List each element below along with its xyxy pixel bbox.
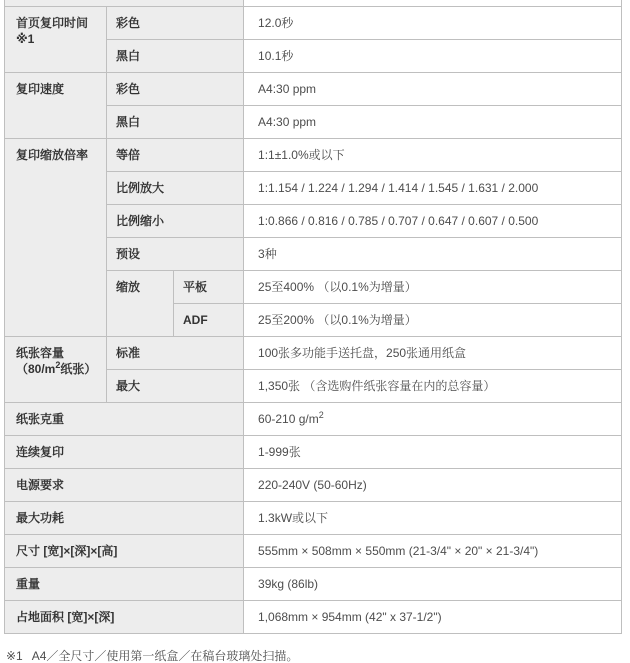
footnote-text: A4／全尺寸／使用第一纸盒／在稿台玻璃处扫描。 [32, 649, 299, 663]
group-label-paren-end: 纸张） [60, 362, 96, 376]
spec-value-cell: 100张多功能手送托盘，250张通用纸盒 [244, 336, 622, 369]
spec-value-cell: 10.1秒 [244, 39, 622, 72]
spec-label-cell: 占地面积 [宽]×[深] [5, 600, 244, 633]
spec-label-cell: 尺寸 [宽]×[深]×[高] [5, 534, 244, 567]
spec-label-cell: 黑白 [107, 105, 244, 138]
spec-label-cell: 彩色 [107, 72, 244, 105]
spec-label-cell: 最大功耗 [5, 501, 244, 534]
group-label-paren: （80/m [16, 362, 55, 376]
footnote: ※1A4／全尺寸／使用第一纸盒／在稿台玻璃处扫描。 [6, 647, 630, 663]
spec-label-cell: 等倍 [107, 138, 244, 171]
spec-label-cell: 最大 [107, 369, 244, 402]
spec-value-cell: 1:0.866 / 0.816 / 0.785 / 0.707 / 0.647 … [244, 204, 622, 237]
spec-value-cell: 1:1.154 / 1.224 / 1.294 / 1.414 / 1.545 … [244, 171, 622, 204]
spec-sublabel-cell: 平板 [174, 270, 244, 303]
spec-label-cell: 缩放 [107, 270, 174, 336]
spec-value-cell: 60-210 g/m2 [244, 402, 622, 435]
spec-group-cell: 复印缩放倍率 [5, 138, 107, 336]
spec-label-cell: 重量 [5, 567, 244, 600]
table-row: 重量 39kg (86lb) [5, 567, 622, 600]
spec-page: 首页复印时间 ※1 彩色 12.0秒 黑白 10.1秒 复印速度 彩色 A4:3… [0, 0, 630, 663]
spec-value-cell: 1,068mm × 954mm (42" x 37-1/2") [244, 600, 622, 633]
table-row: 最大功耗 1.3kW或以下 [5, 501, 622, 534]
spec-value-cell: A4:30 ppm [244, 105, 622, 138]
spec-label-cell: 黑白 [107, 39, 244, 72]
table-row: 尺寸 [宽]×[深]×[高] 555mm × 508mm × 550mm (21… [5, 534, 622, 567]
spec-label-cell: 比例缩小 [107, 204, 244, 237]
spec-label-cell: 标准 [107, 336, 244, 369]
spec-value-cell: 1-999张 [244, 435, 622, 468]
table-row: 首页复印时间 ※1 彩色 12.0秒 [5, 6, 622, 39]
spec-value-cell: 25至200% （以0.1%为增量） [244, 303, 622, 336]
table-row: 纸张容量 （80/m2纸张） 标准 100张多功能手送托盘，250张通用纸盒 [5, 336, 622, 369]
spec-label-cell: 电源要求 [5, 468, 244, 501]
spec-value-cell: 12.0秒 [244, 6, 622, 39]
spec-value-cell: 25至400% （以0.1%为增量） [244, 270, 622, 303]
spec-value-cell: A4:30 ppm [244, 72, 622, 105]
group-note: ※1 [16, 32, 34, 46]
spec-value-cell: 1.3kW或以下 [244, 501, 622, 534]
spec-sublabel-cell: ADF [174, 303, 244, 336]
group-label: 纸张容量 [16, 346, 64, 360]
table-row: 纸张克重 60-210 g/m2 [5, 402, 622, 435]
spec-value-cell: 555mm × 508mm × 550mm (21-3/4" × 20" × 2… [244, 534, 622, 567]
spec-group-cell: 纸张容量 （80/m2纸张） [5, 336, 107, 402]
footnote-marker: ※1 [6, 649, 23, 663]
spec-value-cell: 220-240V (50-60Hz) [244, 468, 622, 501]
group-label: 首页复印时间 [16, 16, 88, 30]
spec-value-cell: 39kg (86lb) [244, 567, 622, 600]
spec-table: 首页复印时间 ※1 彩色 12.0秒 黑白 10.1秒 复印速度 彩色 A4:3… [4, 0, 622, 634]
table-row: 复印缩放倍率 等倍 1:1±1.0%或以下 [5, 138, 622, 171]
spec-label-cell: 彩色 [107, 6, 244, 39]
table-row: 电源要求 220-240V (50-60Hz) [5, 468, 622, 501]
spec-value-cell: 1:1±1.0%或以下 [244, 138, 622, 171]
spec-label-cell: 预设 [107, 237, 244, 270]
value-text: 60-210 g/m [258, 412, 319, 426]
spec-label-cell: 比例放大 [107, 171, 244, 204]
superscript: 2 [319, 410, 324, 420]
spec-value-cell: 1,350张 （含选购件纸张容量在内的总容量） [244, 369, 622, 402]
table-row: 连续复印 1-999张 [5, 435, 622, 468]
spec-value-cell: 3种 [244, 237, 622, 270]
spec-group-cell: 复印速度 [5, 72, 107, 138]
spec-label-cell: 纸张克重 [5, 402, 244, 435]
spec-label-cell: 连续复印 [5, 435, 244, 468]
spec-group-cell: 首页复印时间 ※1 [5, 6, 107, 72]
table-row: 占地面积 [宽]×[深] 1,068mm × 954mm (42" x 37-1… [5, 600, 622, 633]
table-row: 复印速度 彩色 A4:30 ppm [5, 72, 622, 105]
